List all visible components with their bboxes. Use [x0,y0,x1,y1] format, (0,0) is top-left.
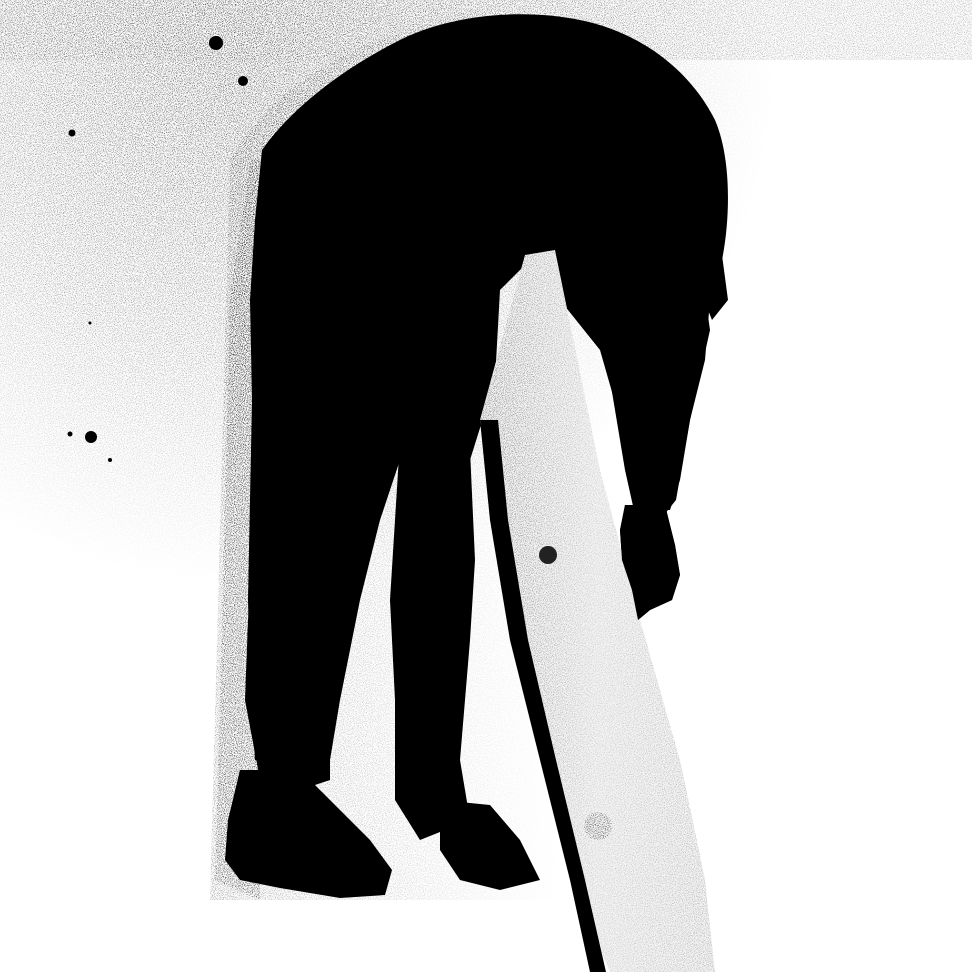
artwork [0,0,972,972]
photo-canvas: High-contrast grainy black-and-white pho… [0,0,972,972]
